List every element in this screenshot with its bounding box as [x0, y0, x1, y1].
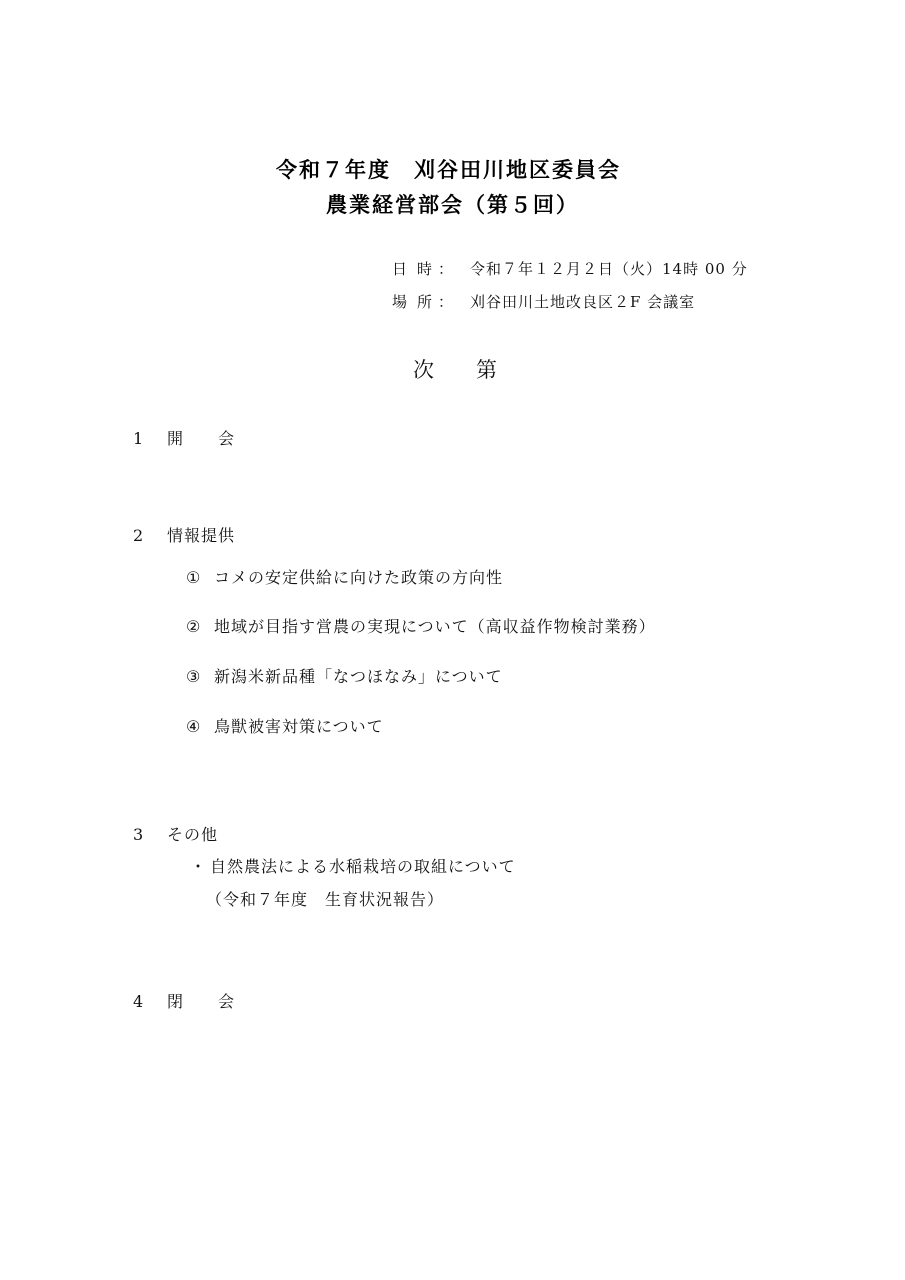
item-number: ③: [186, 667, 214, 686]
section-other: 3その他: [133, 822, 218, 845]
item-text: 地域が目指す営農の実現について（高収益作物検討業務）: [214, 617, 656, 636]
document-title-line-1: 令和７年度 刈谷田川地区委員会: [276, 154, 621, 184]
section-information: 2情報提供: [133, 523, 235, 546]
document-title-line-2: 農業経営部会（第５回）: [326, 189, 579, 219]
section-closing: 4閉 会: [133, 989, 235, 1012]
bullet-subtext: （令和７年度 生育状況報告）: [206, 887, 444, 910]
section-title: その他: [167, 825, 218, 844]
section-number: 3: [133, 825, 167, 844]
section-number: 2: [133, 526, 167, 545]
meta-datetime-colon: ：: [438, 258, 470, 279]
meta-datetime: 日時：令和７年１２月２日（火）14時 00 分: [392, 258, 748, 279]
meta-location-colon: ：: [438, 291, 470, 312]
meta-location: 場所：刈谷田川土地改良区２F 会議室: [392, 291, 695, 312]
list-item: ④鳥獣被害対策について: [186, 714, 384, 737]
meta-location-label: 場所: [392, 291, 438, 312]
item-number: ①: [186, 568, 214, 587]
bullet-item: ・自然農法による水稲栽培の取組について: [190, 854, 516, 877]
section-title: 情報提供: [167, 526, 235, 545]
agenda-heading: 次 第: [413, 354, 497, 384]
section-title: 閉 会: [167, 992, 235, 1011]
list-item: ②地域が目指す営農の実現について（高収益作物検討業務）: [186, 614, 656, 637]
item-number: ④: [186, 717, 214, 736]
section-number: 1: [133, 429, 167, 448]
section-opening: 1開 会: [133, 426, 235, 449]
meta-datetime-label: 日時: [392, 258, 438, 279]
meta-location-value: 刈谷田川土地改良区２F 会議室: [470, 293, 695, 311]
list-item: ③新潟米新品種「なつほなみ」について: [186, 664, 503, 687]
list-item: ①コメの安定供給に向けた政策の方向性: [186, 565, 503, 588]
item-number: ②: [186, 617, 214, 636]
item-text: 鳥獣被害対策について: [214, 717, 384, 736]
section-title: 開 会: [167, 429, 235, 448]
item-text: 新潟米新品種「なつほなみ」について: [214, 667, 503, 686]
item-text: コメの安定供給に向けた政策の方向性: [214, 568, 503, 587]
meta-datetime-value: 令和７年１２月２日（火）14時 00 分: [470, 260, 748, 278]
bullet-icon: ・: [190, 854, 210, 877]
item-text: 自然農法による水稲栽培の取組について: [210, 857, 516, 876]
section-number: 4: [133, 992, 167, 1011]
